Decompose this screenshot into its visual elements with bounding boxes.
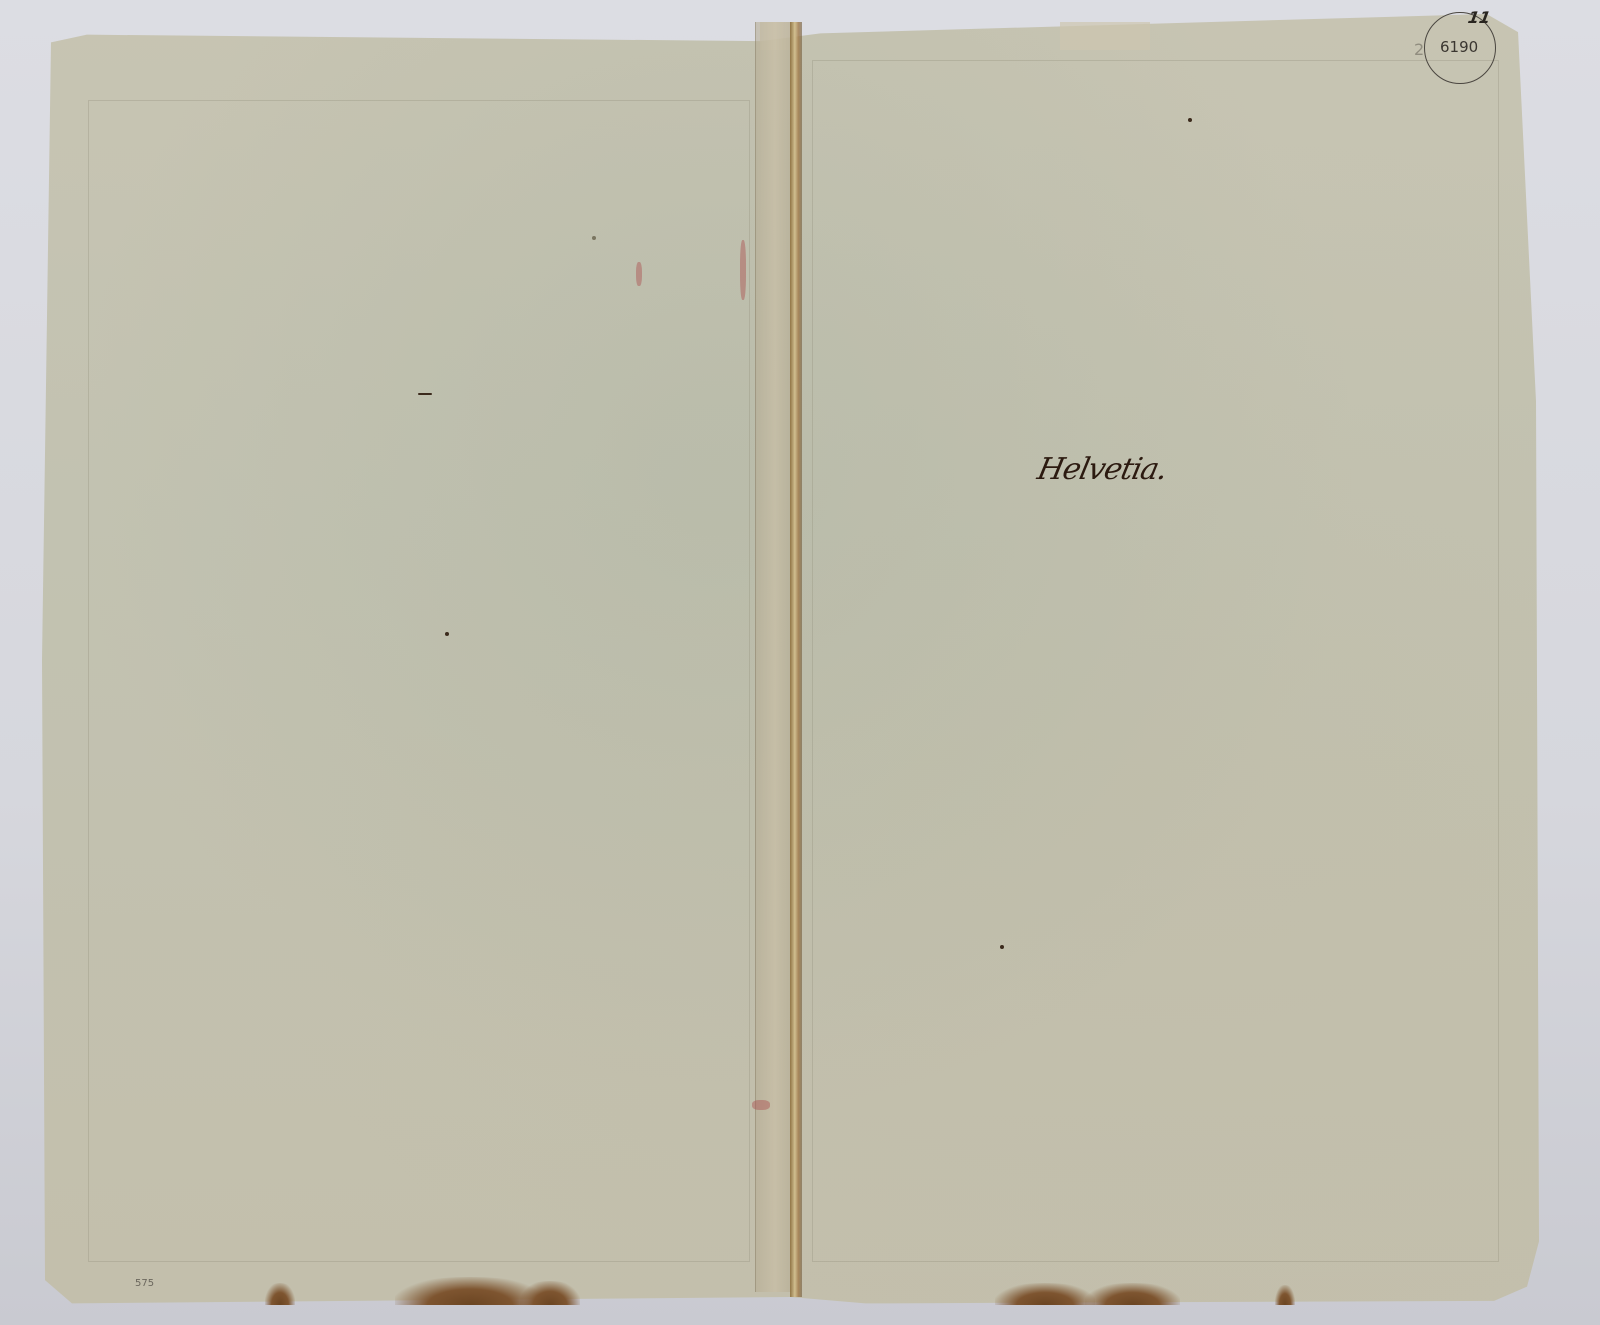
right-page-margin-line: [812, 60, 1499, 1262]
pencil-note-bottom-left: 575: [135, 1278, 154, 1289]
water-stain-bottom-right: [995, 1283, 1095, 1305]
title-handwriting: Helvetia.: [1034, 452, 1170, 487]
ink-speck: [1000, 945, 1004, 949]
ink-speck: [418, 393, 432, 395]
center-fold-seam: [790, 22, 802, 1297]
water-stain-bottom-right-3: [1275, 1285, 1295, 1305]
inventory-number: 6190: [1440, 38, 1478, 56]
red-ink-mark: [636, 262, 642, 286]
faint-pencil-mark: 2: [1414, 40, 1424, 59]
ink-speck: [592, 236, 596, 240]
water-stain-bottom-right-2: [1085, 1283, 1180, 1305]
ink-speck: [445, 632, 449, 636]
red-ink-mark-3: [752, 1100, 770, 1110]
top-guard-tab-right: [1060, 22, 1150, 50]
water-stain-bottom-left-3: [520, 1281, 580, 1305]
left-page-margin-line: [88, 100, 750, 1262]
water-stain-bottom-left: [265, 1283, 295, 1305]
red-ink-mark-2: [740, 240, 746, 300]
ink-speck: [1188, 118, 1192, 122]
